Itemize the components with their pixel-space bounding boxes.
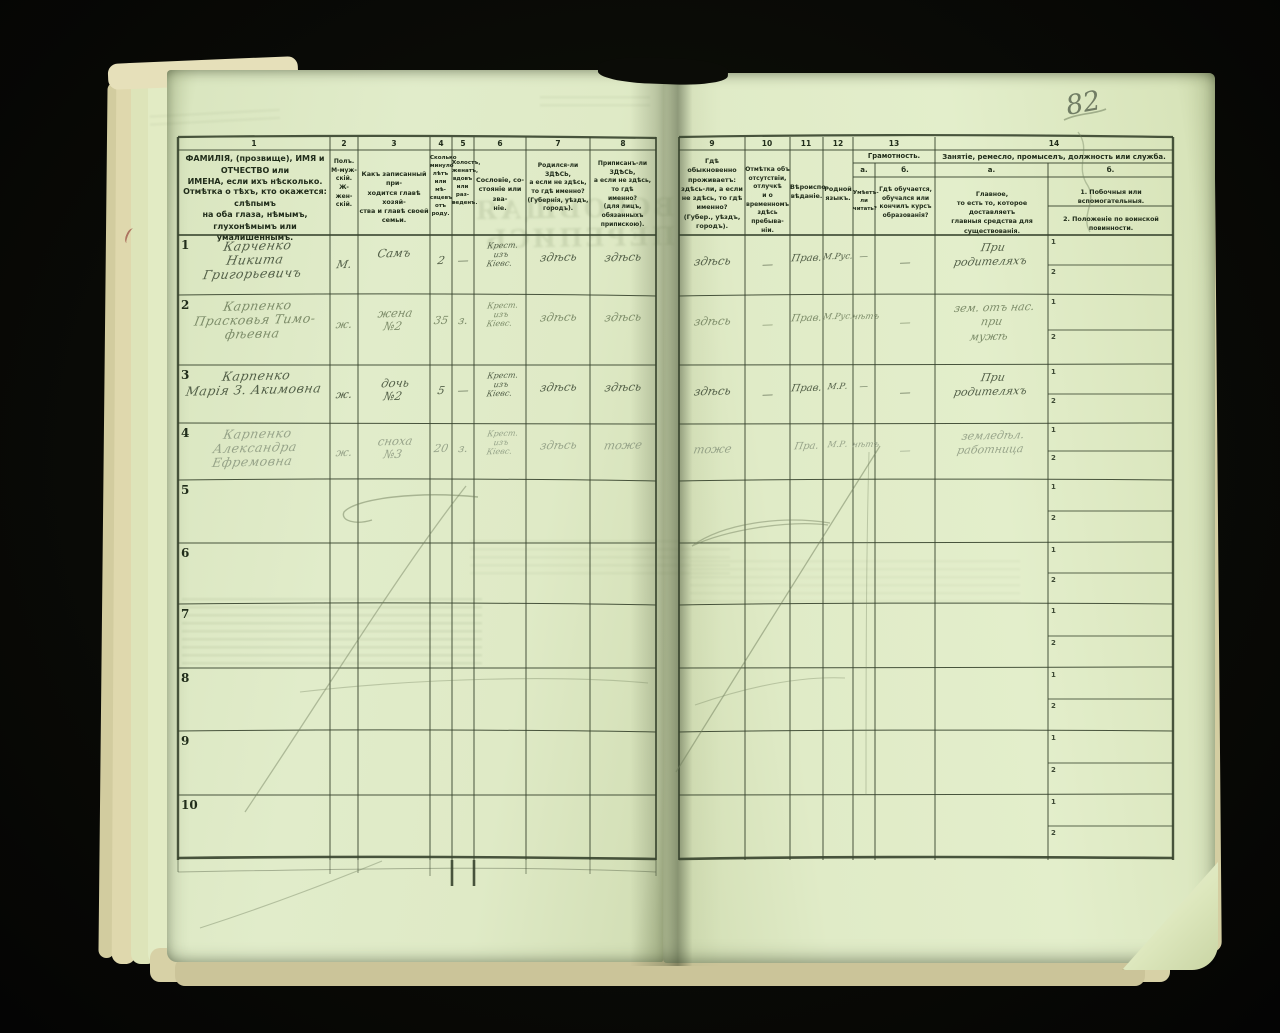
subrow-number-1: 1 bbox=[1051, 671, 1056, 679]
handwritten-education: — bbox=[876, 256, 935, 270]
handwritten-born: здѣсь bbox=[527, 250, 591, 264]
header-col14a-label: а. bbox=[937, 165, 1046, 175]
row-number: 8 bbox=[181, 671, 189, 685]
header-col1-note: Отмѣтка о тѣхъ, кто окажется: слѣпымъ на… bbox=[182, 186, 328, 244]
header-col2-sex: Полъ. М-муж- скій. Ж-жен- скій. bbox=[331, 158, 357, 210]
handwritten-absence: — bbox=[745, 318, 791, 331]
header-col11-religion: Вѣроиспо- вѣданіе. bbox=[790, 183, 823, 202]
subrow-number-1: 1 bbox=[1051, 798, 1056, 806]
column-number: 7 bbox=[548, 139, 568, 148]
handwritten-occupation: При родителяхъ bbox=[933, 370, 1050, 401]
handwritten-absence: — bbox=[745, 388, 791, 401]
column-number: 6 bbox=[490, 139, 510, 148]
header-col5-marital: Холостъ, женатъ, вдовъ или раз- веденъ. bbox=[452, 160, 473, 208]
header-col9-residence: Гдѣ обыкновенно проживаетъ: здѣсь-ли, а … bbox=[680, 157, 744, 231]
handwritten-relation: жена №2 bbox=[356, 306, 431, 334]
handwritten-born: здѣсь bbox=[527, 310, 591, 324]
column-number: 13 bbox=[884, 139, 904, 148]
handwritten-registered: тоже bbox=[590, 438, 657, 453]
header-col13a-label: а. bbox=[853, 165, 875, 175]
subrow-number-2: 2 bbox=[1051, 454, 1056, 462]
column-number: 4 bbox=[431, 139, 451, 148]
column-number: 5 bbox=[453, 139, 473, 148]
handwritten-occupation: зем. отъ нас. при мужѣ bbox=[932, 300, 1052, 346]
handwritten-religion: Прав. bbox=[789, 383, 824, 395]
handwritten-name: Карченко Никита Григорьевичъ bbox=[176, 237, 335, 283]
handwritten-resides: тоже bbox=[680, 442, 746, 457]
subrow-number-1: 1 bbox=[1051, 298, 1056, 306]
handwritten-name: Карпенко Прасковья Тимо- фѣевна bbox=[176, 297, 335, 343]
handwritten-resides: здѣсь bbox=[680, 314, 746, 329]
header-col14b-label: б. bbox=[1048, 165, 1173, 175]
header-col10-absence: Отмѣтка объ отсутствіи, отлучкѣ и о врем… bbox=[745, 166, 790, 236]
handwritten-education: — bbox=[876, 386, 935, 400]
subrow-number-1: 1 bbox=[1051, 483, 1056, 491]
header-col13b-label: б. bbox=[875, 165, 935, 175]
handwritten-absence: — bbox=[745, 258, 791, 271]
handwritten-education: — bbox=[876, 316, 935, 330]
handwritten-name: Карпенко Александра Ефремовна bbox=[176, 425, 335, 471]
subrow-number-1: 1 bbox=[1051, 734, 1056, 742]
header-col13-literacy-title: Грамотность. bbox=[854, 152, 934, 162]
subrow-number-2: 2 bbox=[1051, 514, 1056, 522]
handwritten-read: — bbox=[851, 253, 876, 263]
header-col8-registration: Приписанъ-ли ЗДѢСЬ, а если не здѣсь, то … bbox=[590, 160, 655, 230]
header-col7-birthplace: Родился-ли ЗДѢСЬ, а если не здѣсь, то гд… bbox=[527, 162, 589, 214]
subrow-number-1: 1 bbox=[1051, 426, 1056, 434]
handwritten-religion: Пра. bbox=[789, 441, 824, 453]
column-number: 2 bbox=[334, 139, 354, 148]
column-number: 1 bbox=[244, 139, 264, 148]
handwritten-sex: ж. bbox=[330, 447, 358, 460]
handwritten-registered: здѣсь bbox=[590, 310, 657, 325]
subrow-number-2: 2 bbox=[1051, 702, 1056, 710]
subrow-number-1: 1 bbox=[1051, 238, 1056, 246]
header-col14b-military: 2. Положеніе по воинской повинности. bbox=[1051, 215, 1171, 233]
handwritten-estate: Крест. изъ Кіевс. bbox=[473, 428, 528, 457]
handwritten-language: М.Р. bbox=[822, 441, 853, 451]
column-number: 10 bbox=[757, 139, 777, 148]
handwritten-born: здѣсь bbox=[527, 380, 591, 394]
handwritten-estate: Крест. изъ Кіевс. bbox=[473, 370, 528, 399]
handwritten-occupation: При родителяхъ bbox=[933, 240, 1050, 271]
subrow-number-1: 1 bbox=[1051, 607, 1056, 615]
column-number: 14 bbox=[1044, 139, 1064, 148]
column-number: 8 bbox=[613, 139, 633, 148]
handwritten-registered: здѣсь bbox=[590, 380, 657, 395]
handwritten-resides: здѣсь bbox=[680, 384, 746, 399]
handwritten-resides: здѣсь bbox=[680, 254, 746, 269]
folio-number: 82 bbox=[1064, 85, 1103, 121]
handwritten-education: — bbox=[876, 444, 935, 458]
handwritten-religion: Прав. bbox=[789, 313, 824, 325]
header-col13a-read: Умѣетъ- ли читать? bbox=[853, 190, 875, 213]
header-col14b-secondary: 1. Побочныя или вспомогательныя. bbox=[1051, 188, 1171, 206]
handwritten-language: М.Рус. bbox=[822, 313, 853, 323]
header-col3-relation: Какъ записанный при- ходится главѣ хозяй… bbox=[359, 170, 429, 226]
handwritten-registered: здѣсь bbox=[590, 250, 657, 265]
row-number: 6 bbox=[181, 546, 189, 560]
handwritten-relation: дочь №2 bbox=[356, 376, 431, 404]
handwritten-sex: ж. bbox=[330, 389, 358, 402]
subrow-number-2: 2 bbox=[1051, 333, 1056, 341]
handwritten-read: — bbox=[851, 383, 876, 393]
column-number: 3 bbox=[384, 139, 404, 148]
subrow-number-2: 2 bbox=[1051, 268, 1056, 276]
handwritten-language: М.Рус. bbox=[822, 253, 853, 263]
header-col6-estate: Сословіе, со- стояніе или зва- ніе. bbox=[475, 176, 525, 213]
row-number: 10 bbox=[181, 798, 198, 812]
handwritten-language: М.Р. bbox=[822, 383, 853, 393]
handwritten-read: нѣтъ bbox=[851, 313, 876, 323]
handwritten-occupation: земледѣл. работница bbox=[933, 428, 1050, 459]
handwritten-religion: Прав. bbox=[789, 253, 824, 265]
subrow-number-2: 2 bbox=[1051, 829, 1056, 837]
handwritten-born: здѣсь bbox=[527, 438, 591, 452]
census-book-photo: ВСЕОБЩАЯ ПЕРЕПИСЬ bbox=[0, 0, 1280, 1033]
handwritten-estate: Крест. изъ Кіевс. bbox=[473, 240, 528, 269]
handwritten-sex: ж. bbox=[330, 319, 358, 332]
subrow-number-2: 2 bbox=[1051, 766, 1056, 774]
handwritten-read: нѣтъ bbox=[851, 441, 876, 451]
handwritten-sex: М. bbox=[330, 259, 358, 272]
column-number: 9 bbox=[702, 139, 722, 148]
handwritten-relation: сноха №3 bbox=[356, 434, 431, 462]
header-col4-age: Сколько минуло лѣтъ или мѣ- сяцевъ отъ р… bbox=[430, 155, 451, 219]
column-number: 12 bbox=[828, 139, 848, 148]
subrow-number-1: 1 bbox=[1051, 546, 1056, 554]
row-number: 9 bbox=[181, 734, 189, 748]
subrow-number-2: 2 bbox=[1051, 576, 1056, 584]
header-col13b-education: Гдѣ обучается, обучался или кончилъ курс… bbox=[878, 186, 933, 221]
header-col14a-main: Главное, то есть то, которое доставляетъ… bbox=[940, 190, 1044, 236]
header-col12-language: Родной языкъ. bbox=[823, 185, 853, 204]
handwritten-relation: Самъ bbox=[358, 246, 431, 261]
subrow-number-2: 2 bbox=[1051, 397, 1056, 405]
row-number: 7 bbox=[181, 607, 189, 621]
column-number: 11 bbox=[796, 139, 816, 148]
subrow-number-1: 1 bbox=[1051, 368, 1056, 376]
header-col1-names: ФАМИЛІЯ, (прозвище), ИМЯ и ОТЧЕСТВО или … bbox=[184, 153, 326, 188]
handwritten-estate: Крест. изъ Кіевс. bbox=[473, 300, 528, 329]
handwritten-name: Карпенко Марія З. Акимовна bbox=[177, 367, 333, 399]
subrow-number-2: 2 bbox=[1051, 639, 1056, 647]
header-col14-occupation-title: Занятіе, ремесло, промыселъ, должность и… bbox=[937, 152, 1171, 162]
row-number: 5 bbox=[181, 483, 189, 497]
